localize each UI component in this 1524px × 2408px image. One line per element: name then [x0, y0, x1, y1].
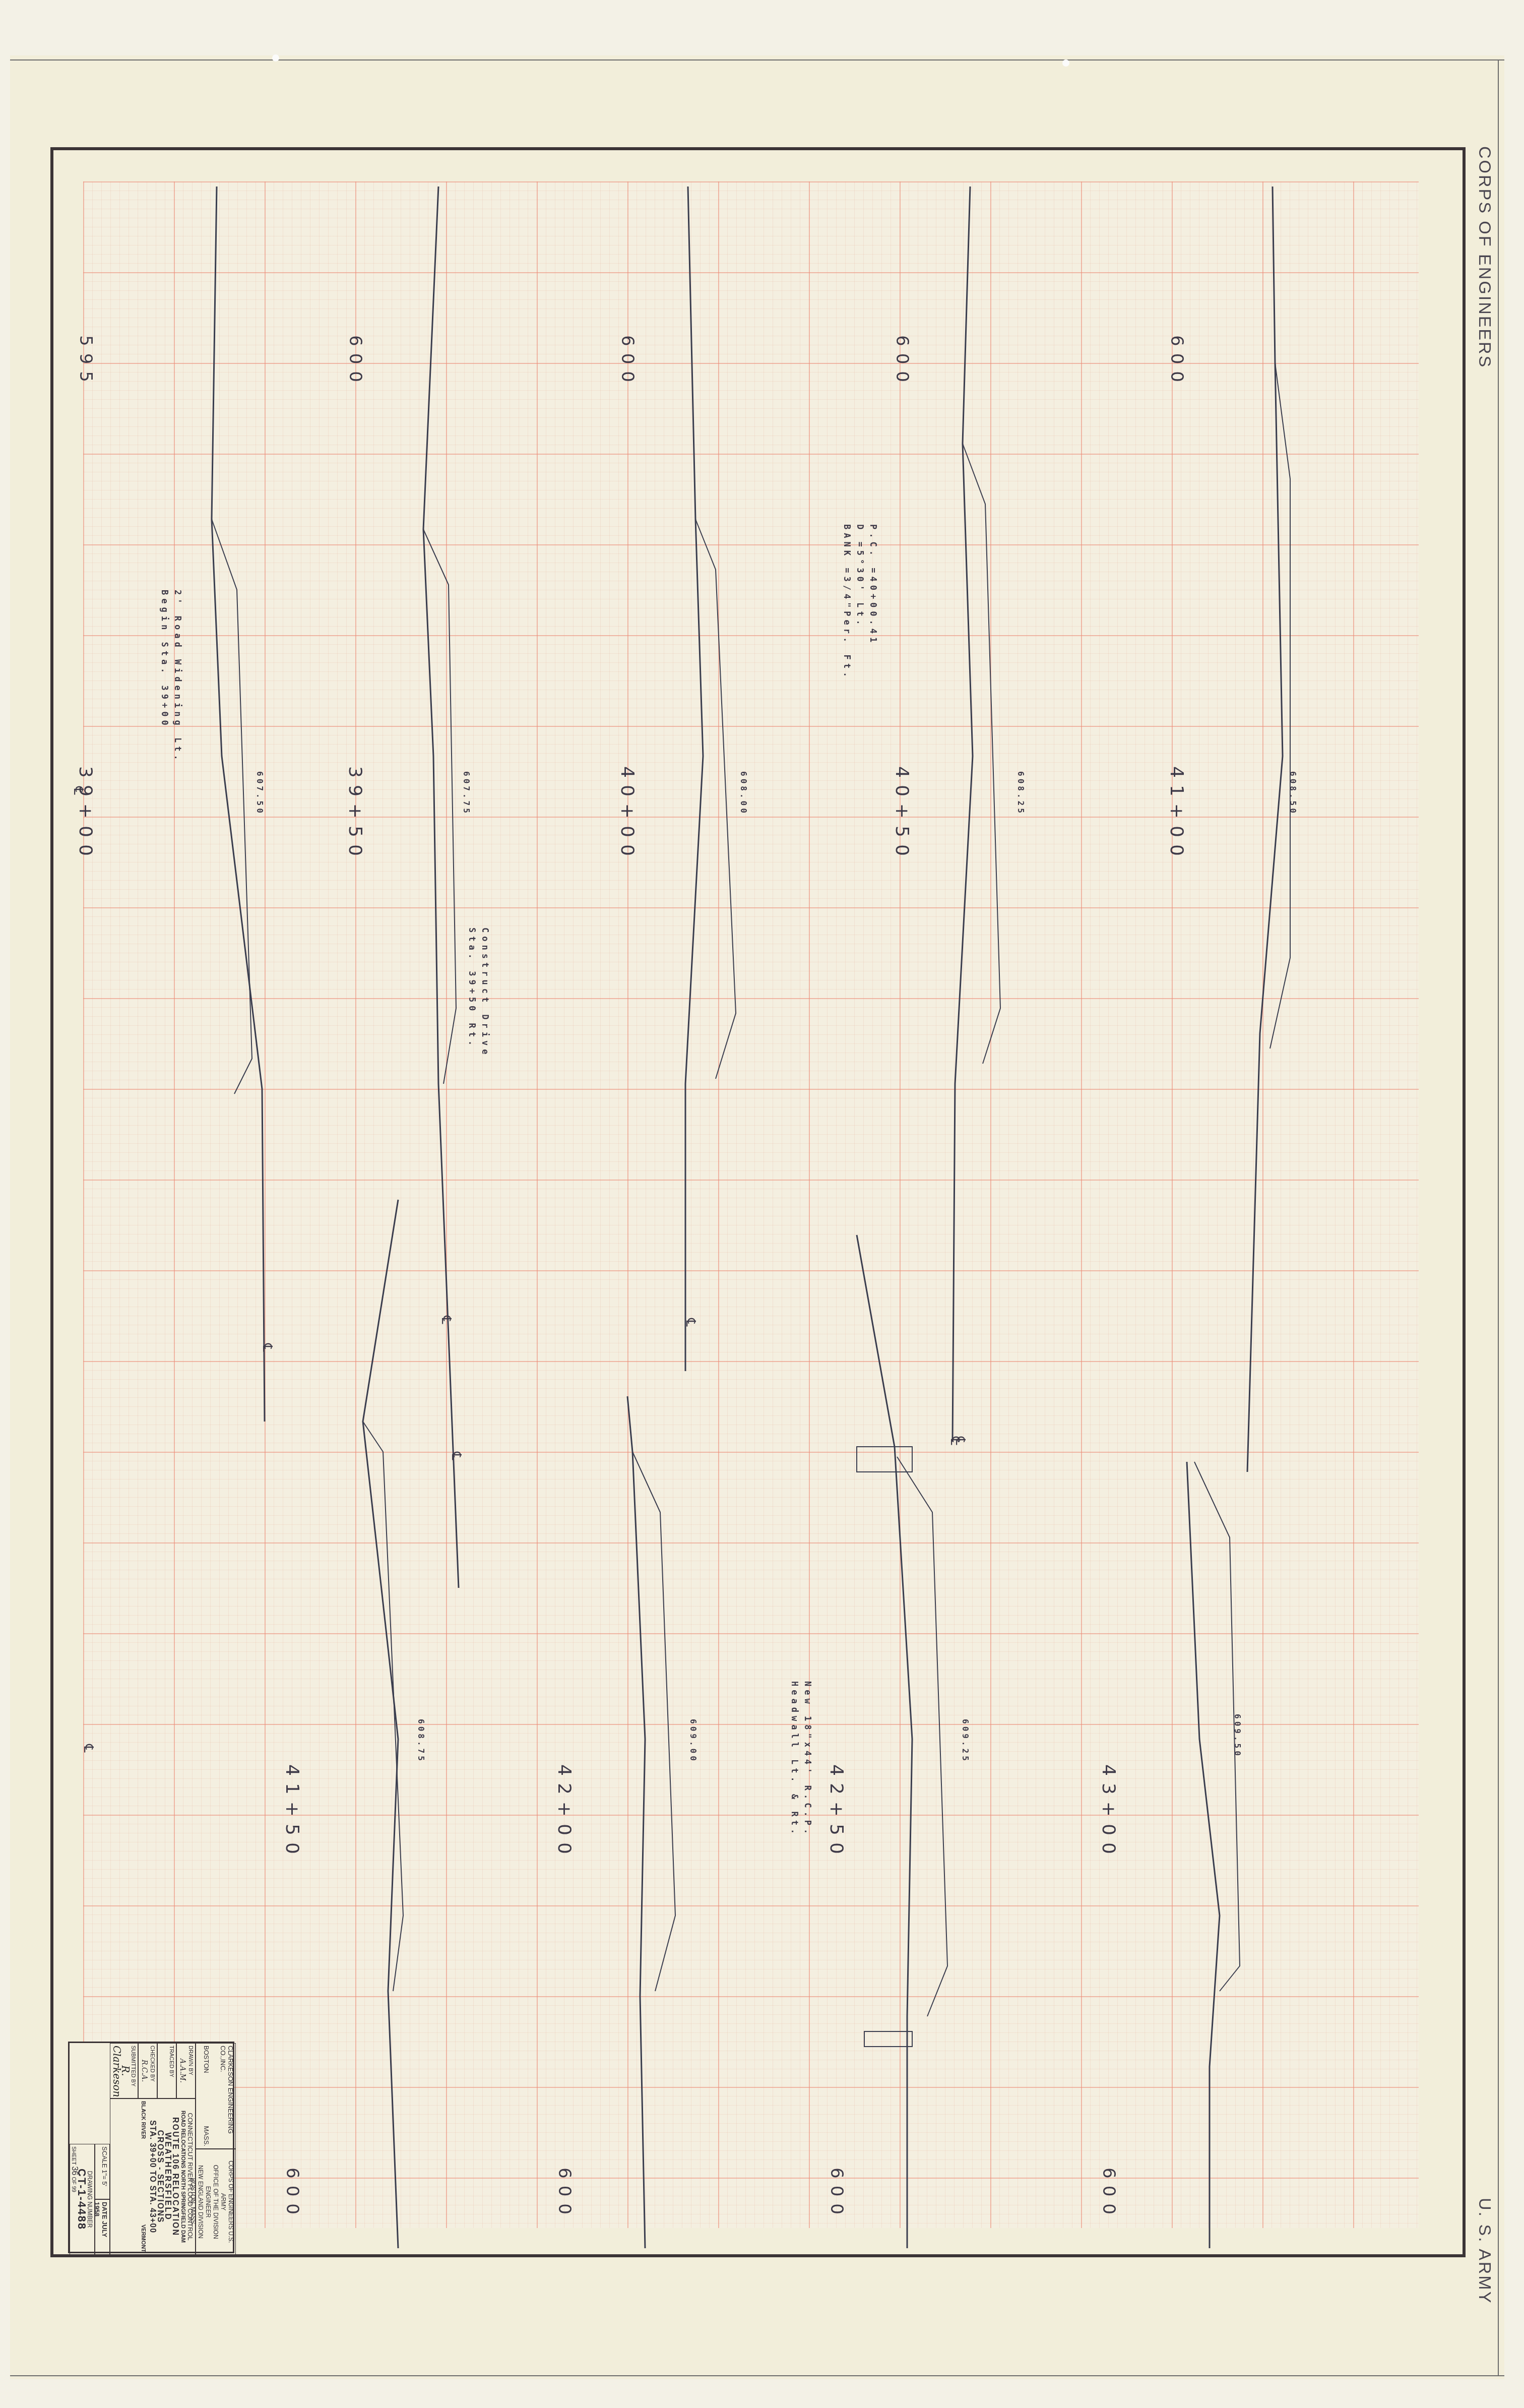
centerline-icon: ℄ — [952, 1437, 968, 1445]
centerline-icon: ℄ — [438, 1316, 454, 1324]
project-title-cell: CONNECTICUT RIVER FLOOD CONTROL ROAD REL… — [110, 2098, 196, 2255]
template-41-00 — [1270, 363, 1290, 1048]
date-cell: DATE JULY 1958 — [95, 2199, 110, 2255]
ground-line-41-50 — [363, 1200, 398, 2248]
template-39-50 — [423, 529, 456, 1084]
grade-elevation-39-50: 607.75 — [462, 771, 471, 816]
drawing-number-cell: DRAWING NUMBER CT-1-4488 SHEET 36 OF 99 — [70, 2144, 95, 2255]
centerline-icon: ℄ — [449, 1452, 464, 1460]
datum-elevation-39-00: 595 — [76, 335, 96, 389]
grade-elevation-42-50: 609.25 — [961, 1719, 970, 1763]
checked-by-cell: CHECKED BY R.C.A. — [138, 2043, 157, 2098]
datum-elevation-39-50: 600 — [345, 335, 365, 389]
station-label-39-50: 39+50 — [345, 766, 365, 863]
ground-line-40-50 — [952, 187, 973, 1442]
centerline-icon: ℄ — [683, 1318, 698, 1327]
ground-line-40-00 — [685, 187, 703, 1371]
title-block: CLARKESON ENGINEERING CO.,INC. BOSTON MA… — [68, 2042, 234, 2253]
station-label-42-00: 42+00 — [554, 1764, 575, 1861]
grade-elevation-41-00: 608.50 — [1288, 771, 1298, 816]
traced-by-cell: TRACED BY — [157, 2043, 176, 2098]
ground-line-39-50 — [423, 187, 459, 1588]
datum-elevation-41-00: 600 — [1167, 335, 1187, 389]
datum-elevation-43-00: 600 — [1099, 2168, 1119, 2221]
datum-elevation-40-00: 600 — [617, 335, 638, 389]
scale-cell: SCALE 1"= 5' — [95, 2144, 110, 2199]
station-label-43-00: 43+00 — [1098, 1764, 1119, 1861]
centerline-icon: ℄ — [71, 786, 86, 795]
centerline-icon: ℄ — [260, 1343, 275, 1352]
ground-line-42-00 — [627, 1396, 645, 2248]
grade-elevation-39-00: 607.50 — [255, 771, 265, 816]
note-construct-drive: Construct Drive Sta. 39+50 Rt. — [465, 928, 491, 1058]
datum-elevation-42-50: 600 — [827, 2168, 847, 2221]
title-block-content: CLARKESON ENGINEERING CO.,INC. BOSTON MA… — [70, 2043, 236, 2255]
template-40-50 — [963, 444, 1000, 1064]
datum-elevation-40-50: 600 — [892, 335, 912, 389]
grade-elevation-40-00: 608.00 — [739, 771, 748, 816]
grade-elevation-42-00: 609.00 — [688, 1719, 698, 1763]
centerline-icon: ℄ — [81, 1744, 96, 1753]
station-label-40-50: 40+50 — [892, 766, 912, 863]
grade-elevation-41-50: 608.75 — [416, 1719, 426, 1763]
station-label-42-50: 42+50 — [826, 1764, 847, 1861]
headwall-right — [864, 2031, 912, 2047]
datum-elevation-41-50: 600 — [282, 2168, 302, 2221]
ground-line-42-50 — [857, 1235, 912, 2248]
template-42-00 — [632, 1452, 675, 1991]
station-label-40-00: 40+00 — [617, 766, 638, 863]
firm-cell: CLARKESON ENGINEERING CO.,INC. BOSTON MA… — [196, 2043, 236, 2149]
drawn-by-cell: DRAWN BY A.A.M. — [176, 2043, 196, 2098]
station-label-41-00: 41+00 — [1166, 766, 1187, 863]
template-39-00 — [212, 519, 252, 1094]
ground-line-43-00 — [1187, 1462, 1220, 2248]
submitted-by-cell: SUBMITTED BY R. Clarkeson — [110, 2043, 138, 2098]
station-label-39-00: 39+00 — [75, 766, 96, 863]
note-curve-data: P.C. =40+00.41 D =5°30' Lt. BANK =3/4"Pe… — [840, 524, 879, 681]
agency-cell: CORPS OF ENGINEERS U.S. ARMY OFFICE OF T… — [196, 2149, 236, 2255]
grade-elevation-43-00: 609.50 — [1233, 1714, 1242, 1758]
grade-elevation-40-50: 608.25 — [1016, 771, 1026, 816]
note-road-widening: 2' Road Widening Lt. Begin Sta. 39+00 — [158, 590, 184, 764]
station-label-41-50: 41+50 — [282, 1764, 302, 1861]
datum-elevation-42-00: 600 — [554, 2168, 575, 2221]
template-42-50 — [897, 1457, 947, 2016]
note-culvert: New 18"x44' R.C.P. Headwall Lt. & Rt. — [788, 1681, 814, 1837]
template-41-50 — [363, 1422, 403, 1991]
template-40-00 — [695, 519, 736, 1079]
